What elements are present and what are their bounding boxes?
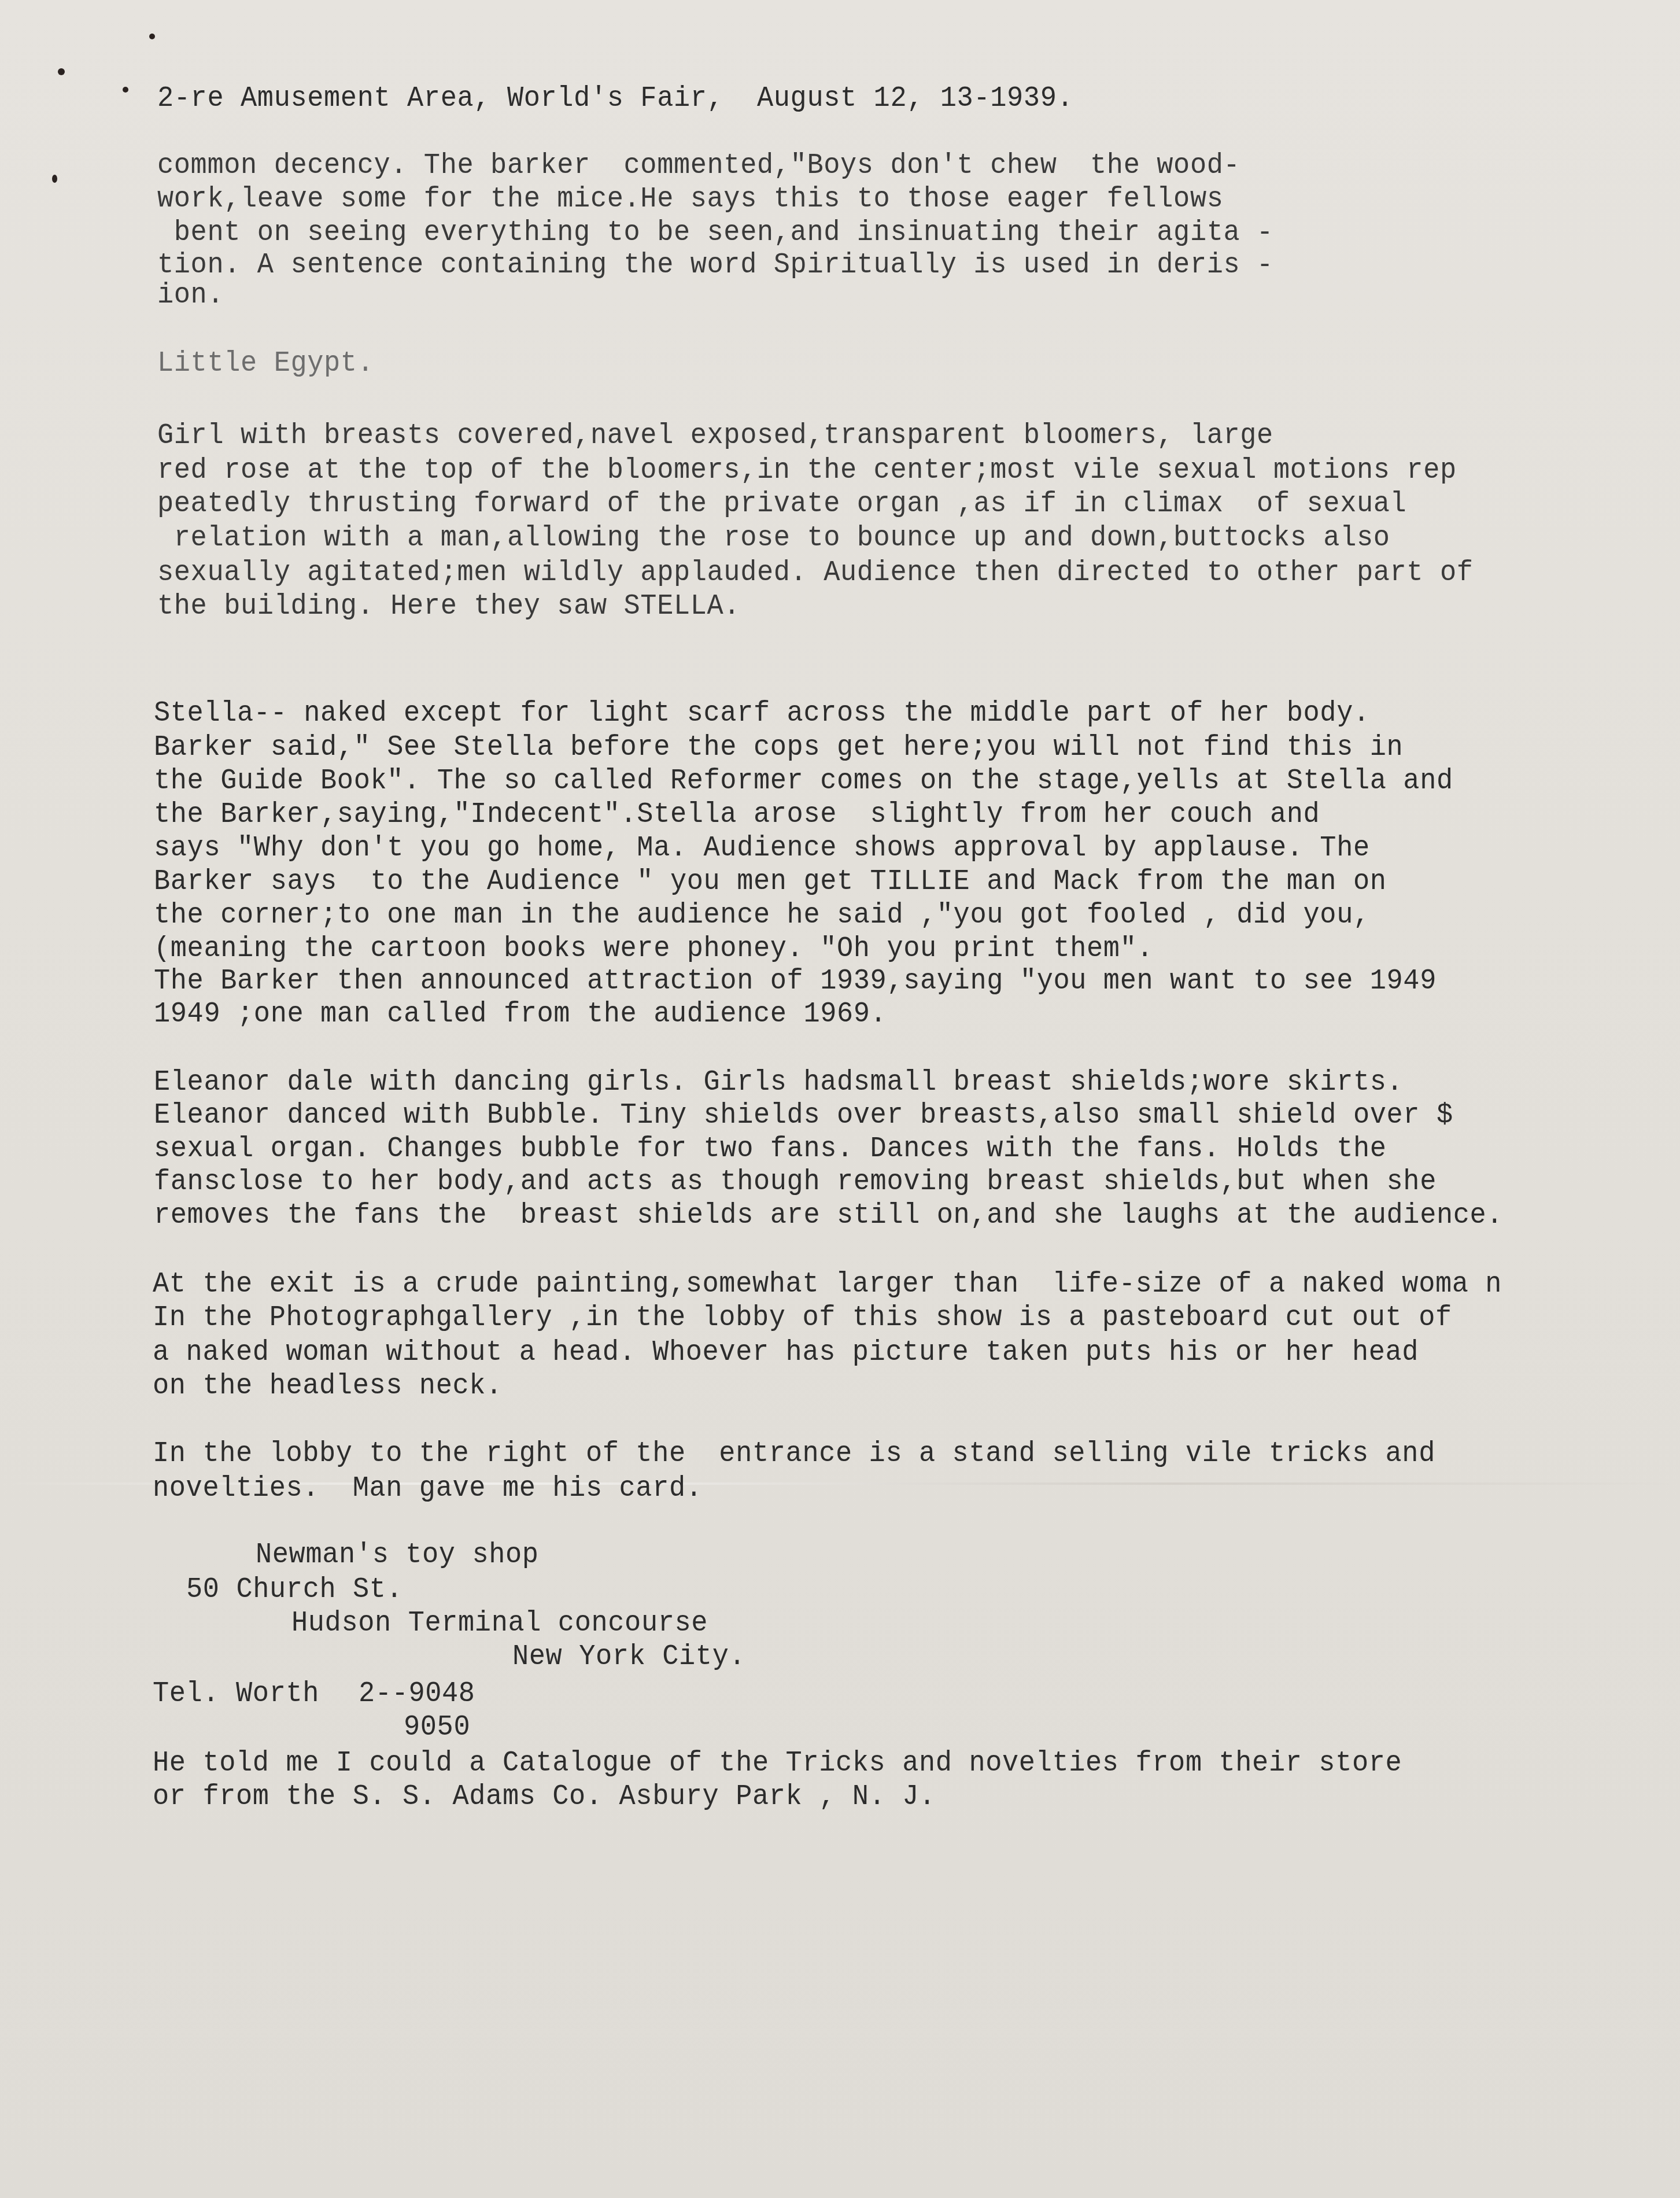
text-line: Eleanor danced with Bubble. Tiny shields… [154, 1099, 1453, 1133]
text-line: says "Why don't you go home, Ma. Audienc… [154, 832, 1370, 866]
text-line: ion. [157, 279, 224, 313]
text-line: The Barker then announced attraction of … [154, 965, 1437, 999]
text-line: removes the fans the breast shields are … [154, 1199, 1503, 1233]
text-line: or from the S. S. Adams Co. Asbury Park … [153, 1780, 936, 1815]
text-line: tion. A sentence containing the word Spi… [157, 249, 1273, 283]
ink-dot-mark [149, 34, 155, 39]
typewritten-page: 2-re Amusement Area, World's Fair, Augus… [0, 0, 1680, 2198]
ink-dot-mark [123, 87, 128, 93]
text-line: fansclose to her body,and acts as though… [154, 1166, 1437, 1200]
text-line: work,leave some for the mice.He says thi… [157, 183, 1224, 217]
text-line: 1949 ;one man called from the audience 1… [154, 998, 887, 1032]
text-line: Eleanor dale with dancing girls. Girls h… [154, 1066, 1403, 1100]
section-heading-little-egypt: Little Egypt. [157, 347, 374, 381]
text-line: red rose at the top of the bloomers,in t… [157, 454, 1457, 488]
text-line: At the exit is a crude painting,somewhat… [153, 1268, 1502, 1302]
telephone-label: Tel. Worth [153, 1677, 319, 1712]
shop-street: 50 Church St. [186, 1573, 403, 1607]
text-line: Girl with breasts covered,navel exposed,… [157, 419, 1273, 453]
text-line: (meaning the cartoon books were phoney. … [154, 932, 1153, 967]
text-line: novelties. Man gave me his card. [153, 1472, 703, 1506]
text-line: the building. Here they saw STELLA. [157, 590, 740, 624]
text-line: Barker says to the Audience " you men ge… [154, 865, 1387, 899]
text-line: common decency. The barker commented,"Bo… [157, 149, 1240, 183]
text-line: sexual organ. Changes bubble for two fan… [154, 1133, 1387, 1167]
text-line: peatedly thrusting forward of the privat… [157, 488, 1406, 522]
text-line: relation with a man,allowing the rose to… [157, 522, 1390, 556]
ink-dot-mark [52, 175, 57, 183]
text-line: the Guide Book". The so called Reformer … [154, 765, 1453, 799]
page-header: 2-re Amusement Area, World's Fair, Augus… [157, 82, 1073, 116]
text-line: In the lobby to the right of the entranc… [153, 1437, 1435, 1472]
text-line: sexually agitated;men wildly applauded. … [157, 556, 1474, 591]
text-line: a naked woman without a head. Whoever ha… [153, 1336, 1419, 1370]
text-line: on the headless neck. [153, 1370, 503, 1404]
shop-name: Newman's toy shop [256, 1539, 539, 1573]
ink-dot-mark [58, 68, 65, 75]
shop-city: New York City. [512, 1640, 745, 1675]
text-line: the Barker,saying,"Indecent".Stella aros… [154, 798, 1320, 832]
shop-concourse: Hudson Terminal concourse [291, 1607, 708, 1641]
text-line: bent on seeing everything to be seen,and… [157, 216, 1273, 250]
telephone-number-2: 9050 [404, 1711, 470, 1745]
telephone-number-1: 2--9048 [359, 1677, 475, 1712]
text-line: He told me I could a Catalogue of the Tr… [153, 1747, 1402, 1781]
text-line: Barker said," See Stella before the cops… [154, 731, 1403, 765]
text-line: Stella-- naked except for light scarf ac… [154, 697, 1370, 731]
text-line: In the Photographgallery ,in the lobby o… [153, 1301, 1452, 1336]
text-line: the corner;to one man in the audience he… [154, 899, 1370, 933]
